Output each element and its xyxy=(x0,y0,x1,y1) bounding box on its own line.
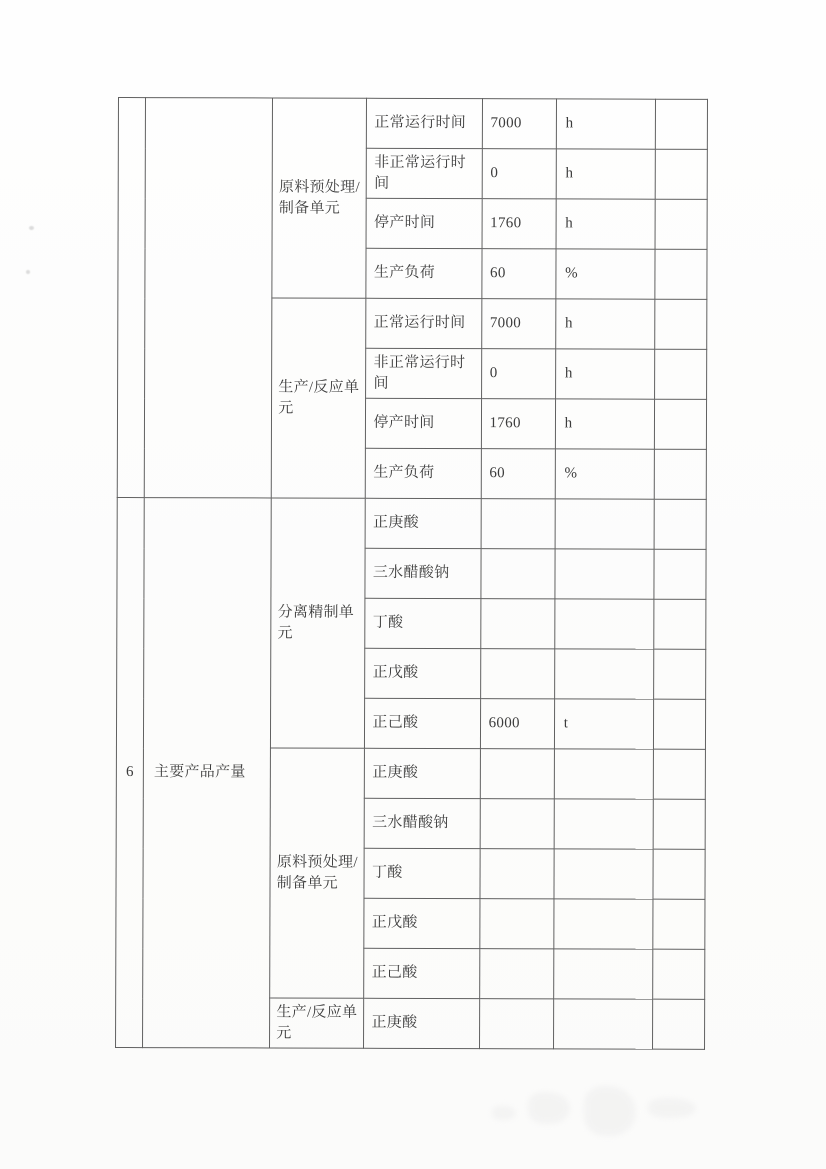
scan-speck xyxy=(29,226,34,230)
value-cell xyxy=(479,949,553,999)
remark-cell xyxy=(654,449,706,499)
scanned-document-page: 原料预处理/制备单元 正常运行时间 7000 h 非正常运行时间 0 h 停产时… xyxy=(0,0,826,1169)
item-cell: 生产负荷 xyxy=(366,248,481,298)
remark-cell xyxy=(655,199,707,249)
uom-cell xyxy=(553,949,652,999)
uom-cell: h xyxy=(555,349,654,399)
table-row: 原料预处理/制备单元 正常运行时间 7000 h xyxy=(118,98,707,150)
item-cell: 生产负荷 xyxy=(366,448,481,498)
value-cell: 0 xyxy=(481,349,555,399)
scan-speck xyxy=(26,270,30,274)
remark-cell xyxy=(652,999,704,1049)
category-cell-empty xyxy=(144,98,272,498)
remark-cell xyxy=(653,949,705,999)
value-cell: 60 xyxy=(481,449,555,499)
uom-cell: h xyxy=(556,149,655,199)
item-cell: 正戊酸 xyxy=(364,898,479,948)
production-data-table: 原料预处理/制备单元 正常运行时间 7000 h 非正常运行时间 0 h 停产时… xyxy=(115,97,708,1050)
uom-cell xyxy=(554,849,653,899)
item-cell: 正庚酸 xyxy=(365,748,480,798)
item-cell: 正庚酸 xyxy=(365,498,480,548)
scan-smudge xyxy=(584,1086,636,1136)
remark-cell xyxy=(653,899,705,949)
item-cell: 三水醋酸钠 xyxy=(365,548,480,598)
remark-cell xyxy=(654,349,706,399)
unit-cell: 生产/反应单元 xyxy=(270,998,364,1048)
item-cell: 正庚酸 xyxy=(364,998,479,1048)
value-cell: 7000 xyxy=(481,299,555,349)
uom-cell xyxy=(554,799,653,849)
remark-cell xyxy=(654,599,706,649)
value-cell xyxy=(481,549,555,599)
value-cell xyxy=(480,649,554,699)
uom-cell xyxy=(554,749,653,799)
unit-cell: 分离精制单元 xyxy=(271,498,366,748)
value-cell xyxy=(480,849,554,899)
remark-cell xyxy=(654,549,706,599)
remark-cell xyxy=(653,849,705,899)
remark-cell xyxy=(653,749,705,799)
uom-cell: % xyxy=(555,449,654,499)
item-cell: 停产时间 xyxy=(366,198,481,248)
remark-cell xyxy=(653,799,705,849)
uom-cell xyxy=(554,899,653,949)
remark-cell xyxy=(655,299,707,349)
value-cell: 6000 xyxy=(480,699,554,749)
value-cell: 7000 xyxy=(482,99,556,149)
uom-cell xyxy=(555,499,654,549)
uom-cell: t xyxy=(554,699,653,749)
value-cell xyxy=(480,799,554,849)
item-cell: 三水醋酸钠 xyxy=(365,798,480,848)
value-cell: 0 xyxy=(482,149,556,199)
unit-cell: 生产/反应单元 xyxy=(271,298,366,498)
uom-cell: h xyxy=(555,299,654,349)
item-cell: 非正常运行时间 xyxy=(367,148,482,198)
item-cell: 正常运行时间 xyxy=(367,98,482,148)
value-cell xyxy=(479,999,553,1049)
category-cell: 主要产品产量 xyxy=(143,498,272,1048)
item-cell: 正己酸 xyxy=(364,948,479,998)
uom-cell: h xyxy=(556,99,655,149)
uom-cell xyxy=(555,549,654,599)
uom-cell: % xyxy=(556,249,655,299)
uom-cell: h xyxy=(556,199,655,249)
remark-cell xyxy=(654,499,706,549)
value-cell: 60 xyxy=(481,249,555,299)
scan-smudge xyxy=(648,1098,696,1118)
scan-smudge xyxy=(528,1092,570,1124)
remark-cell xyxy=(655,99,707,149)
row-number-cell-empty xyxy=(117,98,145,498)
item-cell: 非正常运行时间 xyxy=(366,348,481,398)
remark-cell xyxy=(653,649,705,699)
item-cell: 丁酸 xyxy=(365,598,480,648)
row-number-cell: 6 xyxy=(116,497,145,1047)
item-cell: 正常运行时间 xyxy=(366,298,481,348)
remark-cell xyxy=(654,399,706,449)
remark-cell xyxy=(653,699,705,749)
scan-smudge xyxy=(492,1106,516,1120)
unit-cell: 原料预处理/制备单元 xyxy=(270,748,365,998)
value-cell: 1760 xyxy=(482,199,556,249)
unit-cell: 原料预处理/制备单元 xyxy=(272,98,367,298)
value-cell xyxy=(479,899,553,949)
value-cell: 1760 xyxy=(481,399,555,449)
value-cell xyxy=(481,499,555,549)
item-cell: 停产时间 xyxy=(366,398,481,448)
uom-cell: h xyxy=(555,399,654,449)
remark-cell xyxy=(655,249,707,299)
value-cell xyxy=(480,749,554,799)
item-cell: 正戊酸 xyxy=(365,648,480,698)
item-cell: 丁酸 xyxy=(364,848,479,898)
uom-cell xyxy=(553,999,652,1049)
uom-cell xyxy=(554,649,653,699)
table-row: 6 主要产品产量 分离精制单元 正庚酸 xyxy=(117,497,706,549)
value-cell xyxy=(480,599,554,649)
item-cell: 正己酸 xyxy=(365,698,480,748)
uom-cell xyxy=(554,599,653,649)
remark-cell xyxy=(655,149,707,199)
